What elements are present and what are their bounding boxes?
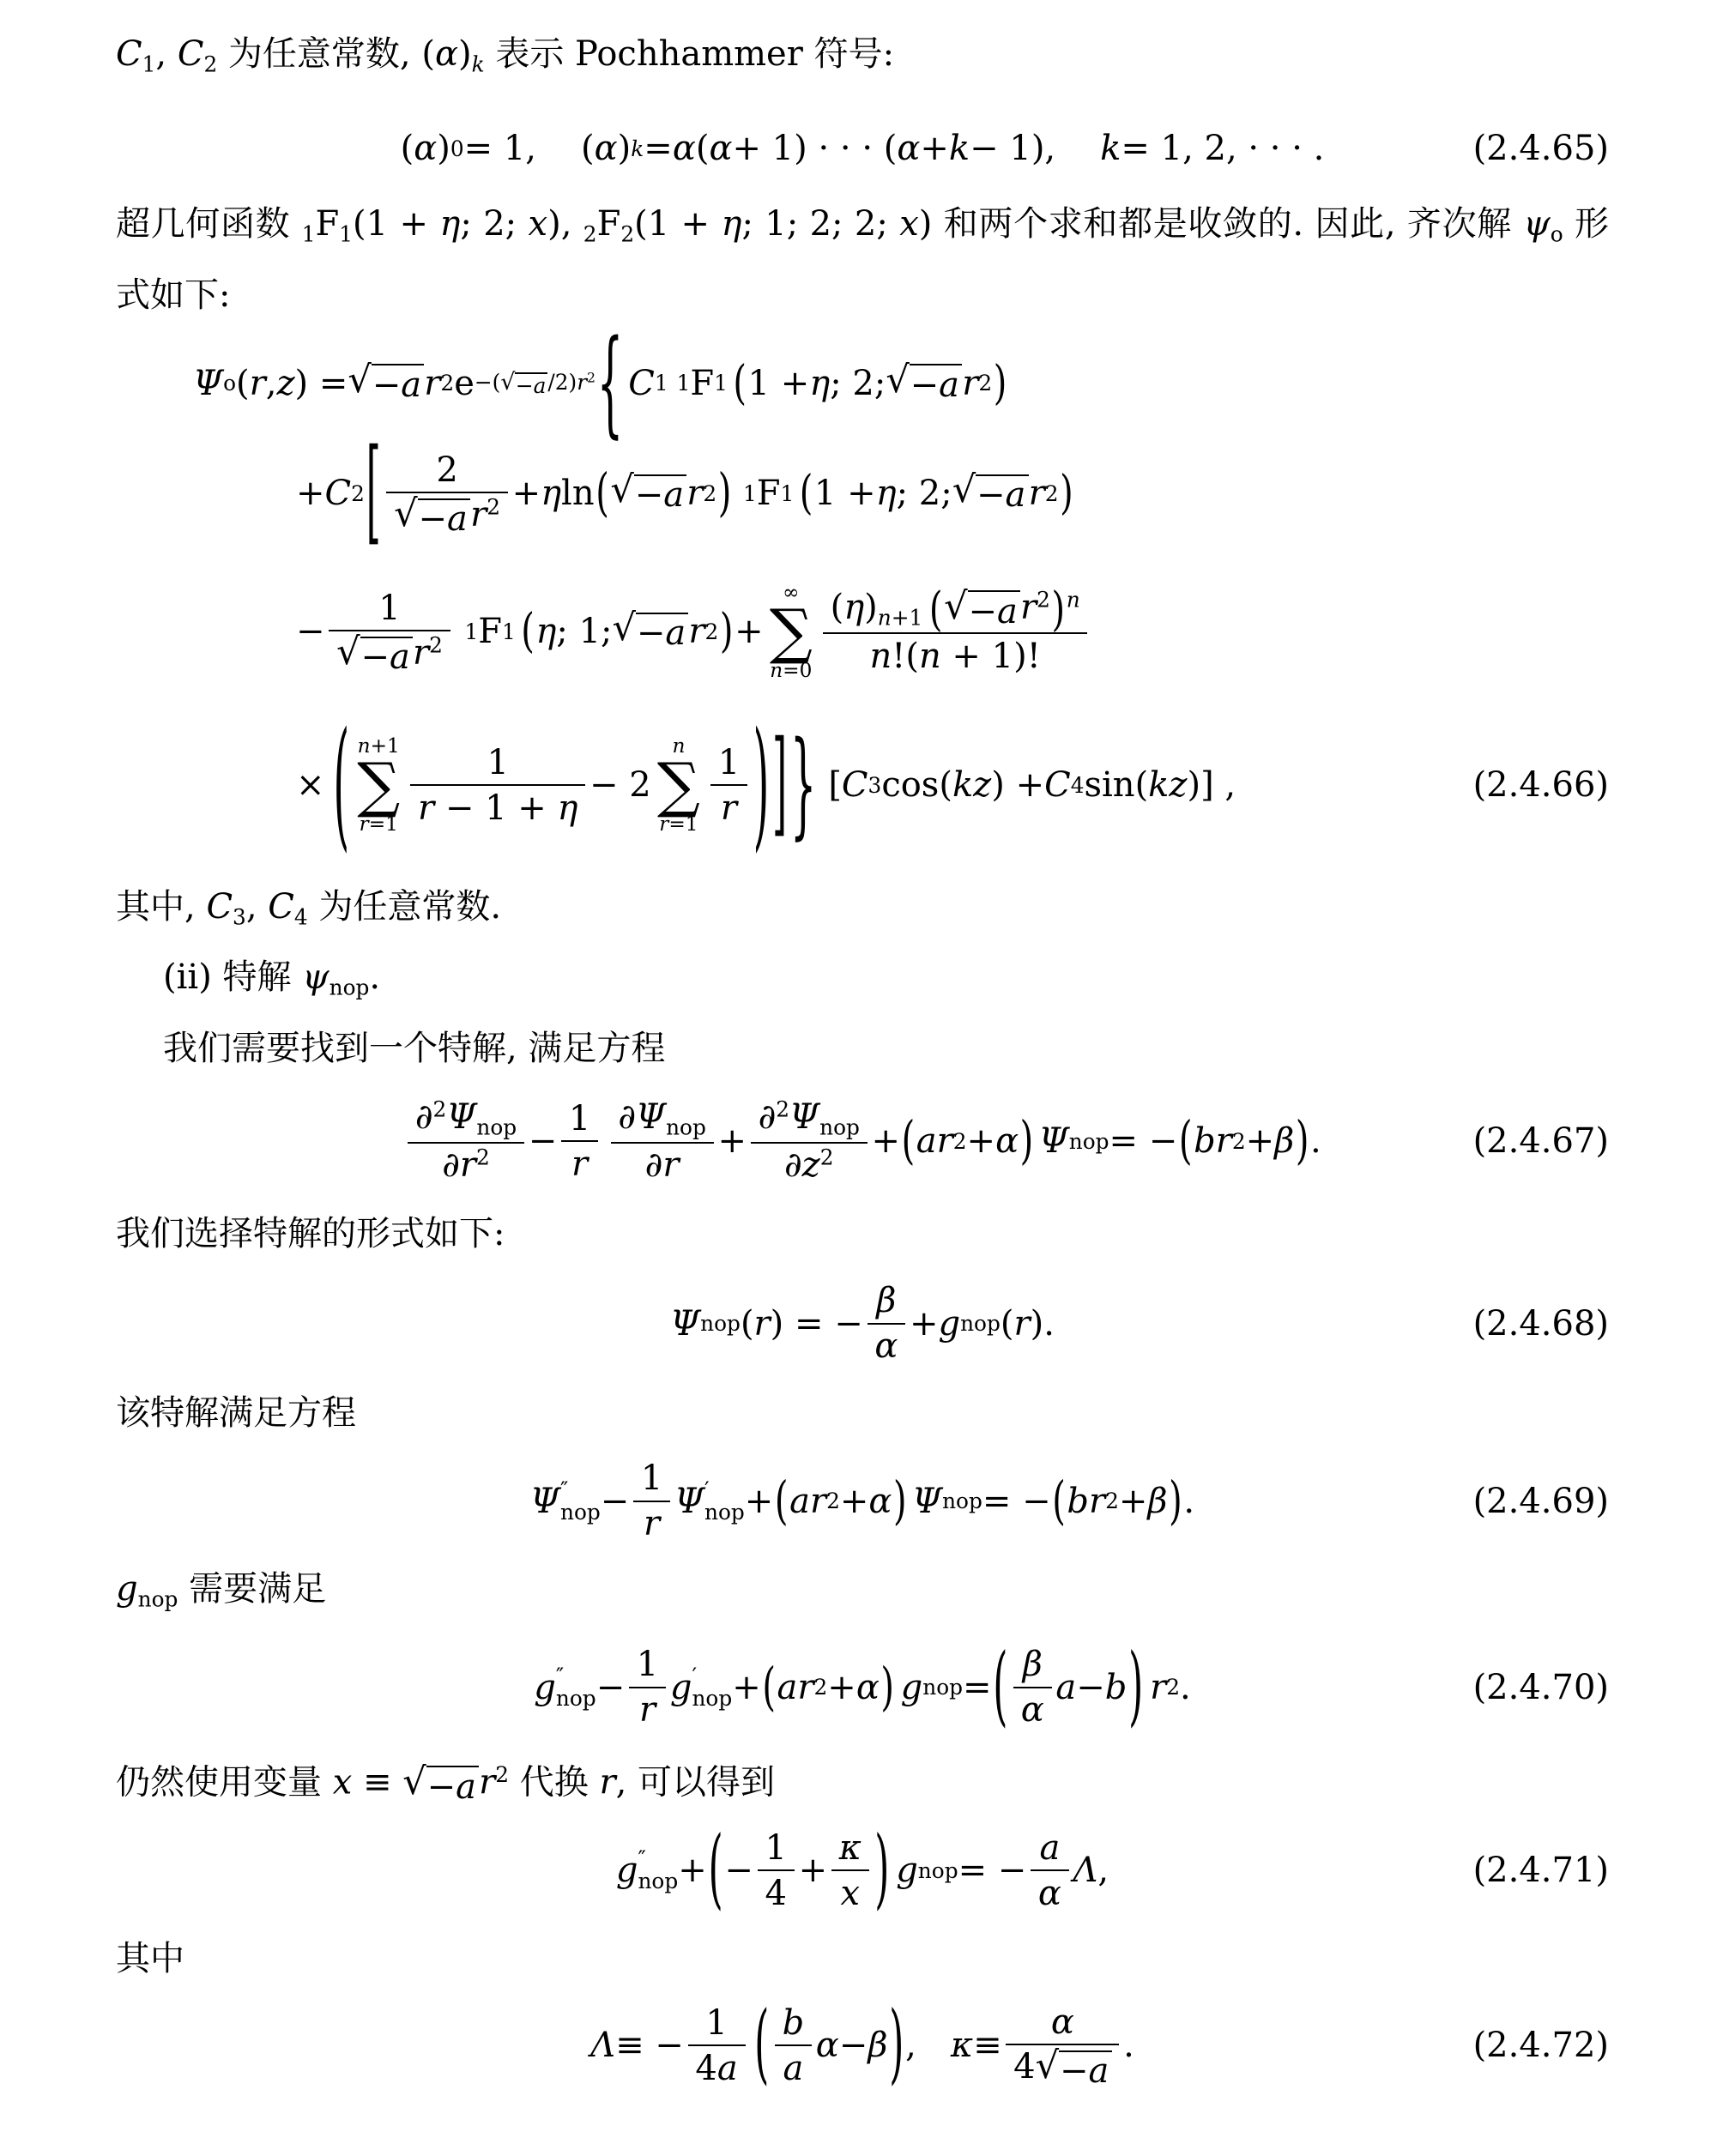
equation-2-4-71: g″nop + (−14 + κx)gnop = −aαΛ, (2.4.71) xyxy=(116,1828,1609,1913)
equation-body: −1√−ar21F1(η; 1; √−ar2) + ∞∑n=0(η)n+1(√−… xyxy=(296,582,1091,683)
paragraph-ii-particular-solution: (ii) 特解 ψnop. xyxy=(116,947,1609,1018)
paragraph-where: 其中 xyxy=(116,1929,1609,1989)
paragraph-choose-form: 我们选择特解的形式如下: xyxy=(116,1204,1609,1264)
equation-body: g″nop + (−14 + κx)gnop = −aαΛ, xyxy=(616,1828,1109,1913)
equation-body: g″nop − 1rg′nop + (ar2 + α)gnop = (βαa −… xyxy=(534,1645,1190,1730)
equation-body: Ψ″nop − 1rΨ′nop + (ar2 + α)Ψnop = −(br2 … xyxy=(530,1458,1194,1543)
equation-number: (2.4.69) xyxy=(1473,1482,1609,1521)
equation-number: (2.4.71) xyxy=(1473,1851,1609,1890)
paragraph-intro-pochhammer: C1, C2 为任意常数, (α)k 表示 Pochhammer 符号: xyxy=(116,24,1609,94)
equation-line-1: Ψo(r, z) = √−ar2e−(√−a/2)r2{C11F1(1 + η;… xyxy=(193,341,1609,426)
equation-number: (2.4.70) xyxy=(1473,1668,1609,1707)
equation-2-4-66: Ψo(r, z) = √−ar2e−(√−a/2)r2{C11F1(1 + η;… xyxy=(116,341,1609,865)
paragraph-satisfies-equation: 该特解满足方程 xyxy=(116,1383,1609,1443)
equation-2-4-72: Λ ≡ −14a(baα − β) ,κ ≡ α4√−a. (2.4.72) xyxy=(116,2002,1609,2090)
equation-2-4-70: g″nop − 1rg′nop + (ar2 + α)gnop = (βαa −… xyxy=(116,1645,1609,1730)
equation-2-4-65: (α)0 = 1,(α)k = α(α + 1) · · · (α + k − … xyxy=(116,129,1609,168)
equation-line-4: ×(n+1∑r=11r − 1 + η − 2n∑r=11r)]}[C3 cos… xyxy=(296,706,1609,865)
equation-number: (2.4.68) xyxy=(1473,1304,1609,1344)
equation-body: Ψo(r, z) = √−ar2e−(√−a/2)r2{C11F1(1 + η;… xyxy=(193,363,1008,404)
equation-line-2: +C2[2√−ar2 + η ln (√−ar2)1F1(1 + η; 2; √… xyxy=(296,432,1609,556)
paragraph-gnop-satisfy: gnop 需要满足 xyxy=(116,1559,1609,1629)
equation-body: ∂2Ψnop∂r2 − 1r∂Ψnop∂r + ∂2Ψnop∂z2 + (ar2… xyxy=(403,1097,1321,1186)
paragraph-c3-c4-constants: 其中, C3, C4 为任意常数. xyxy=(116,877,1609,947)
equation-body: Λ ≡ −14a(baα − β) ,κ ≡ α4√−a. xyxy=(590,2002,1134,2090)
paragraph-hypergeometric: 超几何函数 1F1(1 + η; 2; x), 2F2(1 + η; 1; 2;… xyxy=(116,194,1609,324)
equation-body: Ψnop(r) = −βα + gnop(r). xyxy=(670,1281,1055,1366)
equation-number: (2.4.72) xyxy=(1473,2026,1609,2065)
equation-number: (2.4.66) xyxy=(1473,765,1609,805)
equation-2-4-69: Ψ″nop − 1rΨ′nop + (ar2 + α)Ψnop = −(br2 … xyxy=(116,1458,1609,1543)
equation-body: ×(n+1∑r=11r − 1 + η − 2n∑r=11r)]}[C3 cos… xyxy=(296,735,1236,836)
equation-2-4-68: Ψnop(r) = −βα + gnop(r). (2.4.68) xyxy=(116,1281,1609,1366)
paragraph-need-particular: 我们需要找到一个特解, 满足方程 xyxy=(116,1018,1609,1078)
paragraph-variable-substitution: 仍然使用变量 x ≡ √−ar2 代换 r, 可以得到 xyxy=(116,1745,1609,1813)
equation-number: (2.4.67) xyxy=(1473,1121,1609,1161)
equation-number: (2.4.65) xyxy=(1473,129,1609,168)
equation-2-4-67: ∂2Ψnop∂r2 − 1r∂Ψnop∂r + ∂2Ψnop∂z2 + (ar2… xyxy=(116,1097,1609,1186)
equation-body: (α)0 = 1,(α)k = α(α + 1) · · · (α + k − … xyxy=(401,129,1325,168)
equation-body: +C2[2√−ar2 + η ln (√−ar2)1F1(1 + η; 2; √… xyxy=(296,450,1074,538)
page: C1, C2 为任意常数, (α)k 表示 Pochhammer 符号: (α)… xyxy=(0,0,1723,2129)
equation-line-3: −1√−ar21F1(η; 1; √−ar2) + ∞∑n=0(η)n+1(√−… xyxy=(296,561,1609,703)
